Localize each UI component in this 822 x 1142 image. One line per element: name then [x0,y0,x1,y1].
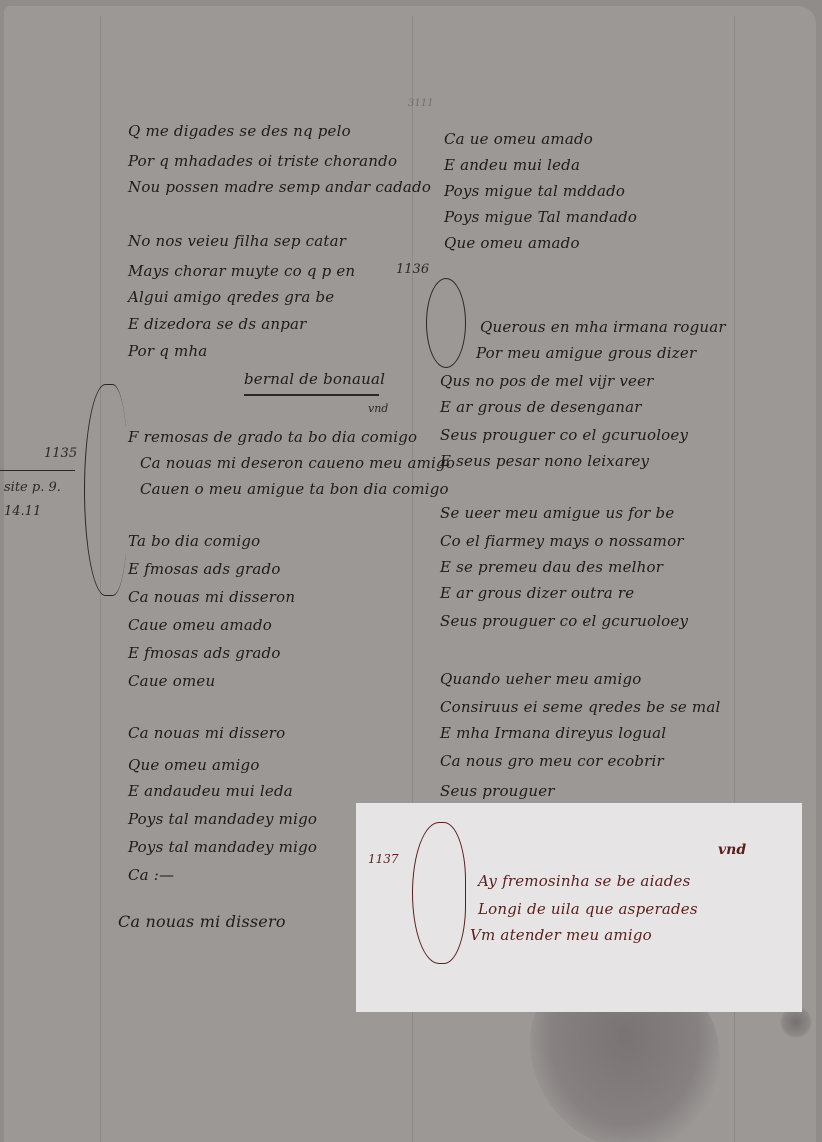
verse-line: Ay fremosinha se be aiades [478,872,691,890]
verse-line: E andaudeu mui leda [128,782,293,800]
verse-line: E fmosas ads grado [128,560,281,578]
verse-line: E fmosas ads grado [128,644,281,662]
verse-line: Ca ue omeu amado [444,130,593,148]
verse-line: Qus no pos de mel vijr veer [440,372,654,390]
verse-line: Nou possen madre semp andar cadado [128,178,431,196]
verse-line: Q me digades se des nq pelo [128,122,351,140]
verse-line: E andeu mui leda [444,156,580,174]
verse-line: Ca nouas mi dissero [128,724,285,742]
verse-line: E ar grous dizer outra re [440,584,634,602]
verse-line: Longi de uila que asperades [478,900,698,918]
verse-line: Ca nouas mi dissero [118,912,286,931]
decorated-initial-flourish [84,384,127,596]
verse-line: Se ueer meu amigue us for be [440,504,674,522]
verse-line: Ca nouas mi disseron [128,588,295,606]
verse-line: Por q mha [128,342,207,360]
verse-line: E dizedora se ds anpar [128,315,307,333]
verse-line: E mha Irmana direyus logual [440,724,666,742]
margin-note: 14.11 [4,504,41,519]
verse-line: Seus prouguer co el gcuruoloey [440,426,688,444]
verse-line: E se premeu dau des melhor [440,558,663,576]
verse-line: Cauen o meu amigue ta bon dia comigo [140,480,449,498]
verse-line: Caue omeu amado [128,616,272,634]
verse-line: Por meu amigue grous dizer [476,344,696,362]
author-mark: vnd [368,402,388,415]
verse-line: E ar grous de desenganar [440,398,642,416]
author-mark: vnd [718,842,746,858]
verse-line: Ca :— [128,866,174,884]
verse-line: Vm atender meu amigo [470,926,652,944]
margin-rule [0,470,75,471]
verse-line: Que omeu amado [444,234,580,252]
verse-line: Mays chorar muyte co q p en [128,262,355,280]
verse-line: Poys migue Tal mandado [444,208,637,226]
verse-line: Querous en mha irmana roguar [480,318,726,336]
heading-underline [244,394,379,396]
margin-number: 1136 [396,262,429,277]
verse-line: Caue omeu [128,672,215,690]
verse-line: Ca nous gro meu cor ecobrir [440,752,664,770]
verse-line: Quando ueher meu amigo [440,670,642,688]
margin-number: 1137 [368,852,399,866]
verse-line: Seus prouguer [440,782,555,800]
author-heading: bernal de bonaual [244,370,385,388]
verse-line: Co el fiarmey mays o nossamor [440,532,684,550]
verse-line: Que omeu amigo [128,756,260,774]
verse-line: No nos veieu filha sep catar [128,232,346,250]
verse-line: Ta bo dia comigo [128,532,260,550]
folio-mark: 3111 [408,98,433,109]
verse-line: Por q mhadades oi triste chorando [128,152,397,170]
margin-note: site p. 9. [4,480,61,495]
verse-line: F remosas de grado ta bo dia comigo [128,428,417,446]
verse-line: E seus pesar nono leixarey [440,452,649,470]
decorated-initial-flourish [412,822,466,964]
margin-number: 1135 [44,446,77,461]
verse-line: Poys migue tal mddado [444,182,625,200]
verse-line: Seus prouguer co el gcuruoloey [440,612,688,630]
verse-line: Poys tal mandadey migo [128,810,317,828]
verse-line: Ca nouas mi deseron caueno meu amigo [140,454,455,472]
verse-line: Consiruus ei seme qredes be se mal [440,698,720,716]
verse-line: Poys tal mandadey migo [128,838,317,856]
verse-line: Algui amigo qredes gra be [128,288,334,306]
decorated-initial-flourish [426,278,466,368]
